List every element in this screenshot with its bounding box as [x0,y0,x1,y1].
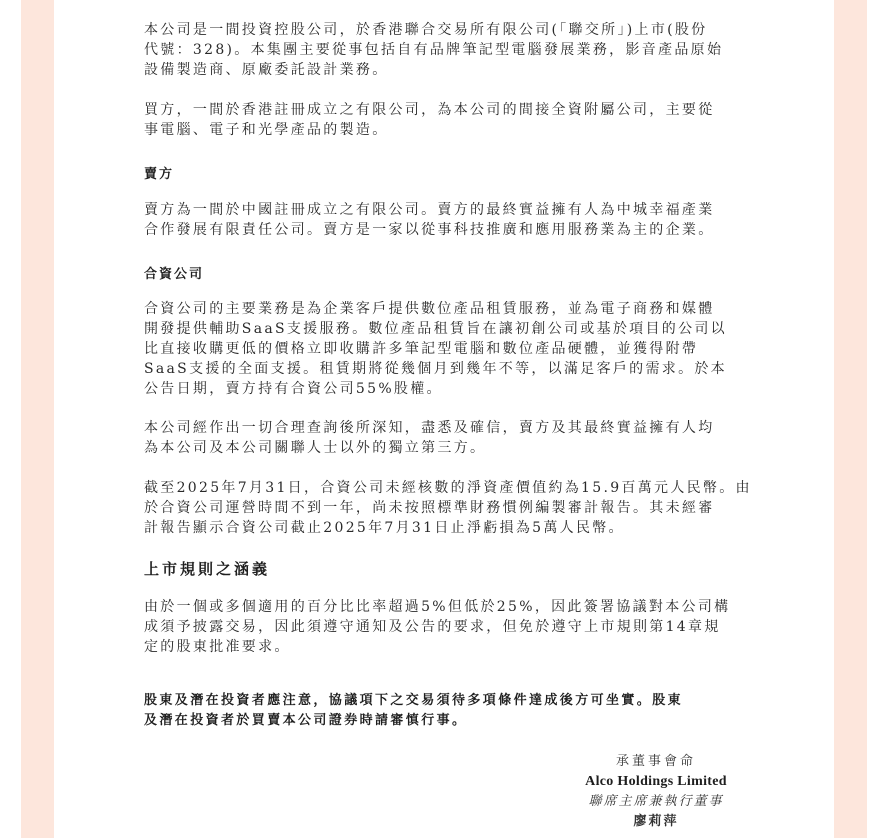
financials-paragraph: 截至2025年7月31日，合資公司未經核數的淨資產價值約為15.9百萬元人民幣。… [144,478,746,538]
text-line: 事電腦、電子和光學產品的製造。 [144,120,746,140]
joint-venture-paragraph: 合資公司的主要業務是為企業客戶提供數位產品租賃服務，並為電子商務和媒體 開發提供… [144,299,746,399]
company-name: Alco Holdings Limited [566,772,746,792]
text-line: 開發提供輔助SaaS支援服務。數位產品租賃旨在讓初創公司或基於項目的公司以 [144,319,746,339]
text-line: 定的股東批准要求。 [144,637,746,657]
text-line: 比直接收購更低的價格立即收購許多筆記型電腦和數位產品硬體，並獲得附帶 [144,339,746,359]
text-line: 賣方為一間於中國註冊成立之有限公司。賣方的最終實益擁有人為中城幸福產業 [144,200,746,220]
signatory-title: 聯席主席兼執行董事 [566,792,746,812]
text-line: 由於一個或多個適用的百分比比率超過5%但低於25%，因此簽署協議對本公司構 [144,597,746,617]
text-line: 於合資公司運營時間不到一年，尚未按照標準財務慣例編製審計報告。其未經審 [144,498,746,518]
seller-paragraph: 賣方為一間於中國註冊成立之有限公司。賣方的最終實益擁有人為中城幸福產業 合作發展… [144,200,746,240]
independence-paragraph: 本公司經作出一切合理查詢後所深知，盡悉及確信，賣方及其最終實益擁有人均 為本公司… [144,418,746,458]
text-line: 本公司經作出一切合理查詢後所深知，盡悉及確信，賣方及其最終實益擁有人均 [144,418,746,438]
document-page: 本公司是一間投資控股公司，於香港聯合交易所有限公司(「聯交所」)上市(股份 代號… [54,0,834,838]
text-line: 設備製造商、原廠委託設計業務。 [144,60,746,80]
investor-warning-paragraph: 股東及潛在投資者應注意，協議項下之交易須待多項條件達成後方可坐實。股東 及潛在投… [144,691,746,731]
text-line: 合資公司的主要業務是為企業客戶提供數位產品租賃服務，並為電子商務和媒體 [144,299,746,319]
text-line: 成須予披露交易，因此須遵守通知及公告的要求，但免於遵守上市規則第14章規 [144,617,746,637]
right-margin-band [834,0,867,838]
listing-rules-paragraph: 由於一個或多個適用的百分比比率超過5%但低於25%，因此簽署協議對本公司構 成須… [144,597,746,657]
left-margin-band [21,0,54,838]
text-line: 股東及潛在投資者應注意，協議項下之交易須待多項條件達成後方可坐實。股東 [144,691,746,711]
seller-heading: 賣方 [144,163,174,182]
signatory-name: 廖莉萍 [566,812,746,832]
signature-block: 承董事會命 Alco Holdings Limited 聯席主席兼執行董事 廖莉… [566,752,746,832]
text-line: 計報告顯示合資公司截止2025年7月31日止淨虧損為5萬人民幣。 [144,518,746,538]
text-line: 代號：328)。本集團主要從事包括自有品牌筆記型電腦發展業務，影音產品原始 [144,40,746,60]
text-line: 為本公司及本公司關聯人士以外的獨立第三方。 [144,438,746,458]
company-intro-paragraph: 本公司是一間投資控股公司，於香港聯合交易所有限公司(「聯交所」)上市(股份 代號… [144,20,746,80]
text-line: 及潛在投資者於買賣本公司證券時請審慎行事。 [144,711,746,731]
text-line: 公告日期，賣方持有合資公司55%股權。 [144,379,746,399]
listing-rules-heading: 上市規則之涵義 [144,558,270,579]
buyer-paragraph: 買方，一間於香港註冊成立之有限公司，為本公司的間接全資附屬公司，主要從 事電腦、… [144,100,746,140]
text-line: 買方，一間於香港註冊成立之有限公司，為本公司的間接全資附屬公司，主要從 [144,100,746,120]
text-line: 合作發展有限責任公司。賣方是一家以從事科技推廣和應用服務業為主的企業。 [144,220,746,240]
joint-venture-heading: 合資公司 [144,263,204,282]
by-order-line: 承董事會命 [566,752,746,772]
text-line: 本公司是一間投資控股公司，於香港聯合交易所有限公司(「聯交所」)上市(股份 [144,20,746,40]
text-line: SaaS支援的全面支援。租賃期將從幾個月到幾年不等，以滿足客戶的需求。於本 [144,359,746,379]
text-line: 截至2025年7月31日，合資公司未經核數的淨資產價值約為15.9百萬元人民幣。… [144,478,746,498]
